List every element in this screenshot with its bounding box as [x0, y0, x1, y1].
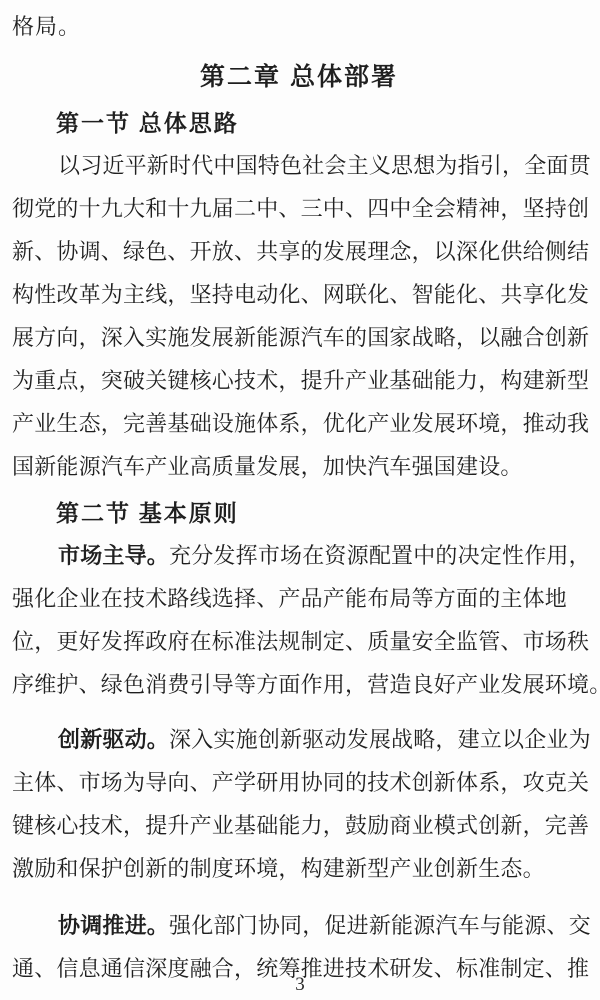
text-line: 国新能源汽车产业高质量发展，加快汽车强国建设。 — [12, 445, 586, 488]
page-number: 3 — [295, 974, 305, 996]
text-line: 彻党的十九大和十九届二中、三中、四中全会精神，坚持创 — [12, 187, 586, 230]
text-line: 位，更好发挥政府在标准法规制定、质量安全监管、市场秩 — [12, 620, 586, 663]
text-line-rest: 深入实施创新驱动发展战略，建立以企业为 — [169, 727, 591, 752]
paragraph-lead: 市场主导。 — [58, 543, 169, 568]
text-line: 主体、市场为导向、产学研用协同的技术创新体系，攻克关 — [12, 761, 586, 804]
text-line: 强化企业在技术路线选择、产品产能布局等方面的主体地 — [12, 577, 586, 620]
paragraph-overall-approach: 以习近平新时代中国特色社会主义思想为指引，全面贯 彻党的十九大和十九届二中、三中… — [12, 144, 586, 488]
text-line: 序维护、绿色消费引导等方面作用，营造良好产业发展环境。 — [12, 663, 586, 706]
text-line: 以习近平新时代中国特色社会主义思想为指引，全面贯 — [12, 144, 586, 187]
paragraph-lead: 创新驱动。 — [58, 727, 169, 752]
text-line-rest: 强化部门协同，促进新能源汽车与能源、交 — [169, 913, 591, 938]
document-page: 格局。 第二章 总体部署 第一节 总体思路 以习近平新时代中国特色社会主义思想为… — [0, 0, 600, 1000]
text-line: 展方向，深入实施发展新能源汽车的国家战略，以融合创新 — [12, 316, 586, 359]
text-line: 为重点，突破关键核心技术，提升产业基础能力，构建新型 — [12, 359, 586, 402]
chapter-heading: 第二章 总体部署 — [12, 60, 586, 94]
paragraph-market-led: 市场主导。充分发挥市场在资源配置中的决定性作用， 强化企业在技术路线选择、产品产… — [12, 534, 586, 706]
text-line: 创新驱动。深入实施创新驱动发展战略，建立以企业为 — [12, 718, 586, 761]
text-line: 新、协调、绿色、开放、共享的发展理念，以深化供给侧结 — [12, 230, 586, 273]
section-heading-1: 第一节 总体思路 — [56, 108, 586, 140]
paragraph-lead: 协调推进。 — [58, 913, 169, 938]
text-line: 激励和保护创新的制度环境，构建新型产业创新生态。 — [12, 847, 586, 890]
paragraph-innovation-driven: 创新驱动。深入实施创新驱动发展战略，建立以企业为 主体、市场为导向、产学研用协同… — [12, 718, 586, 890]
text-line: 协调推进。强化部门协同，促进新能源汽车与能源、交 — [12, 904, 586, 947]
text-line: 产业生态，完善基础设施体系，优化产业发展环境，推动我 — [12, 402, 586, 445]
continuation-text: 格局。 — [12, 10, 586, 44]
section-heading-2: 第二节 基本原则 — [56, 498, 586, 530]
text-line-rest: 充分发挥市场在资源配置中的决定性作用， — [169, 543, 591, 568]
text-line: 构性改革为主线，坚持电动化、网联化、智能化、共享化发 — [12, 273, 586, 316]
text-line: 键核心技术，提升产业基础能力，鼓励商业模式创新，完善 — [12, 804, 586, 847]
text-line: 市场主导。充分发挥市场在资源配置中的决定性作用， — [12, 534, 586, 577]
